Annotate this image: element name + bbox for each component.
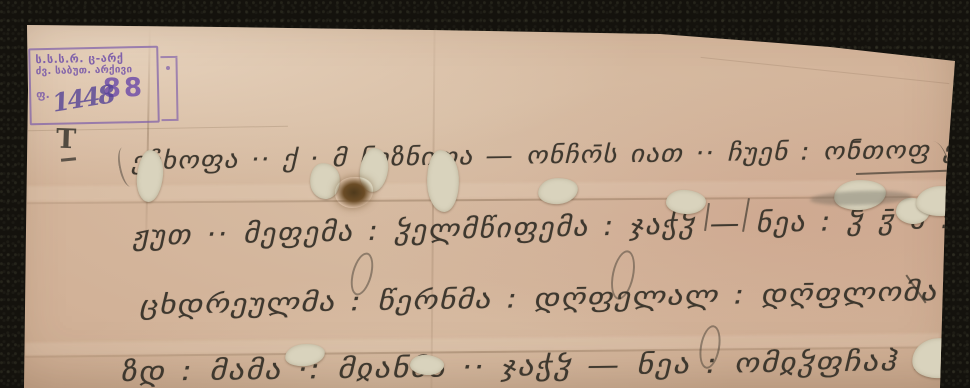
ink-stain [335, 177, 373, 208]
manuscript-paper: ს.ს.ს.რ. ც-არქ ძვ. საბუთ. არქივი ფ. 88 1… [0, 0, 970, 388]
pencil-mark: T [55, 124, 76, 156]
fold-band [27, 180, 947, 201]
manuscript-line-3: ცხდრეულმა : წერნმა : დღ̄ფელალ : დღ̄ფლომა… [139, 271, 970, 321]
stamp-fond-label: ფ. [36, 88, 50, 101]
manuscript-line-1: ეჩხოფა ·· ქ · მ ნეზნითა — ონჩო̄ს იათ ·· … [131, 132, 970, 175]
crease-faint [701, 57, 950, 84]
stamp-frame-bracket [160, 56, 178, 121]
stamp-ink-dot [166, 66, 170, 70]
repair-patch [537, 176, 579, 205]
manuscript-line-2: ჟუთ ·· მეფემა : ჴელმწიფემა : ჯაჭჴ — ნეა … [132, 201, 970, 252]
archival-document-scan: ს.ს.ს.რ. ც-არქ ძვ. საბუთ. არქივი ფ. 88 1… [0, 0, 970, 388]
pencil-underline [61, 157, 76, 162]
crease-vertical [430, 30, 435, 388]
